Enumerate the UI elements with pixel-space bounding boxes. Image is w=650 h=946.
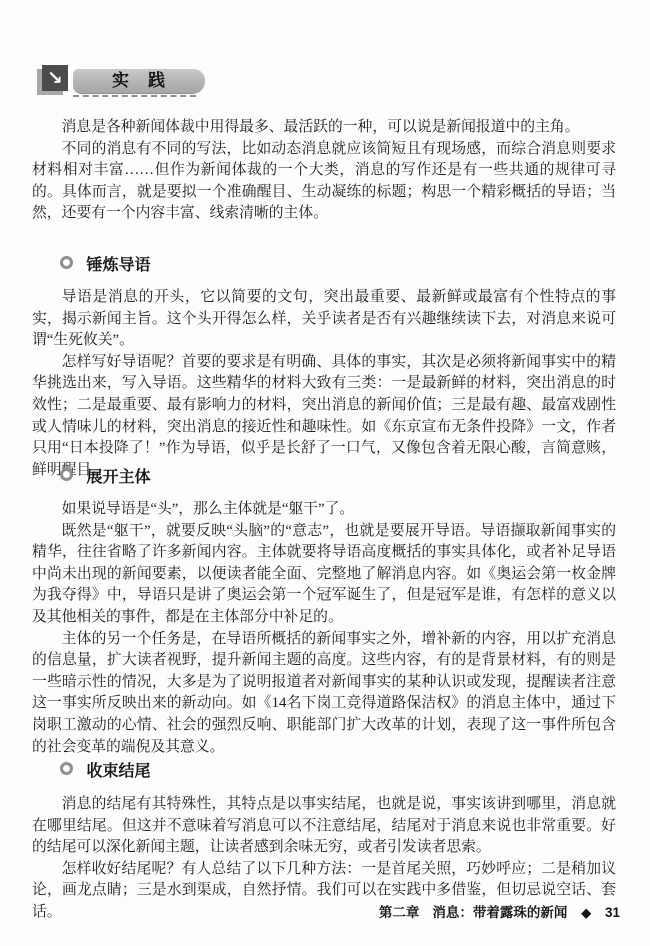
arrow-glyph: ↘ [42,65,68,91]
circle-marker-icon [60,256,73,269]
section-heading-lead: 锤炼导语 [60,252,150,272]
paragraph: 消息的结尾有其特殊性，其特点是以事实结尾，也就是说，事实该讲到哪里，消息就在哪里… [32,794,616,859]
section-title: 锤炼导语 [86,257,150,274]
page-footer: 第二章消息：带着露珠的新闻◆31 [379,901,620,921]
intro-block: 消息是各种新闻体裁中用得最多、最活跃的一种，可以说是新闻报道中的主角。 不同的消… [32,117,616,225]
section-body-block: 如果说导语是“头”，那么主体就是“躯干”了。 既然是“躯干”，就要反映“头脑”的… [32,499,616,758]
arrow-down-right-icon: ↘ [40,65,70,95]
paragraph: 既然是“躯干”，就要反映“头脑”的“意志”，也就是要展开导语。导语撷取新闻事实的… [32,521,616,629]
paragraph: 消息是各种新闻体裁中用得最多、最活跃的一种，可以说是新闻报道中的主角。 [32,117,616,139]
practice-header: ↘ 实 践 [40,63,260,99]
banner-label: 实 践 [73,69,205,93]
section-title: 收束结尾 [86,763,150,780]
paragraph: 如果说导语是“头”，那么主体就是“躯干”了。 [32,499,616,521]
textbook-page: ↘ 实 践 消息是各种新闻体裁中用得最多、最活跃的一种，可以说是新闻报道中的主角… [0,0,650,946]
section-lead-block: 导语是消息的开头，它以简要的文句，突出最重要、最新鲜或最富有个性特点的事实，揭示… [32,287,616,481]
footer-title: 消息：带着露珠的新闻 [432,905,567,920]
section-heading-ending: 收束结尾 [60,758,150,778]
section-heading-body: 展开主体 [60,464,150,484]
paragraph: 怎样写好导语呢？首要的要求是有明确、具体的事实，其次是必须将新闻事实中的精华挑选… [32,352,616,482]
section-title: 展开主体 [86,469,150,486]
footer-page-number: 31 [605,905,620,920]
diamond-icon: ◆ [581,906,591,920]
paragraph: 不同的消息有不同的写法，比如动态消息就应该简短且有现场感，而综合消息则要求材料相… [32,139,616,225]
practice-banner: 实 践 [73,69,205,93]
paragraph: 主体的另一个任务是，在导语所概括的新闻事实之外，增补新的内容，用以扩充消息的信息… [32,629,616,759]
paragraph: 导语是消息的开头，它以简要的文句，突出最重要、最新鲜或最富有个性特点的事实，揭示… [32,287,616,352]
circle-marker-icon [60,762,73,775]
footer-chapter: 第二章 [379,905,420,920]
circle-marker-icon [60,468,73,481]
